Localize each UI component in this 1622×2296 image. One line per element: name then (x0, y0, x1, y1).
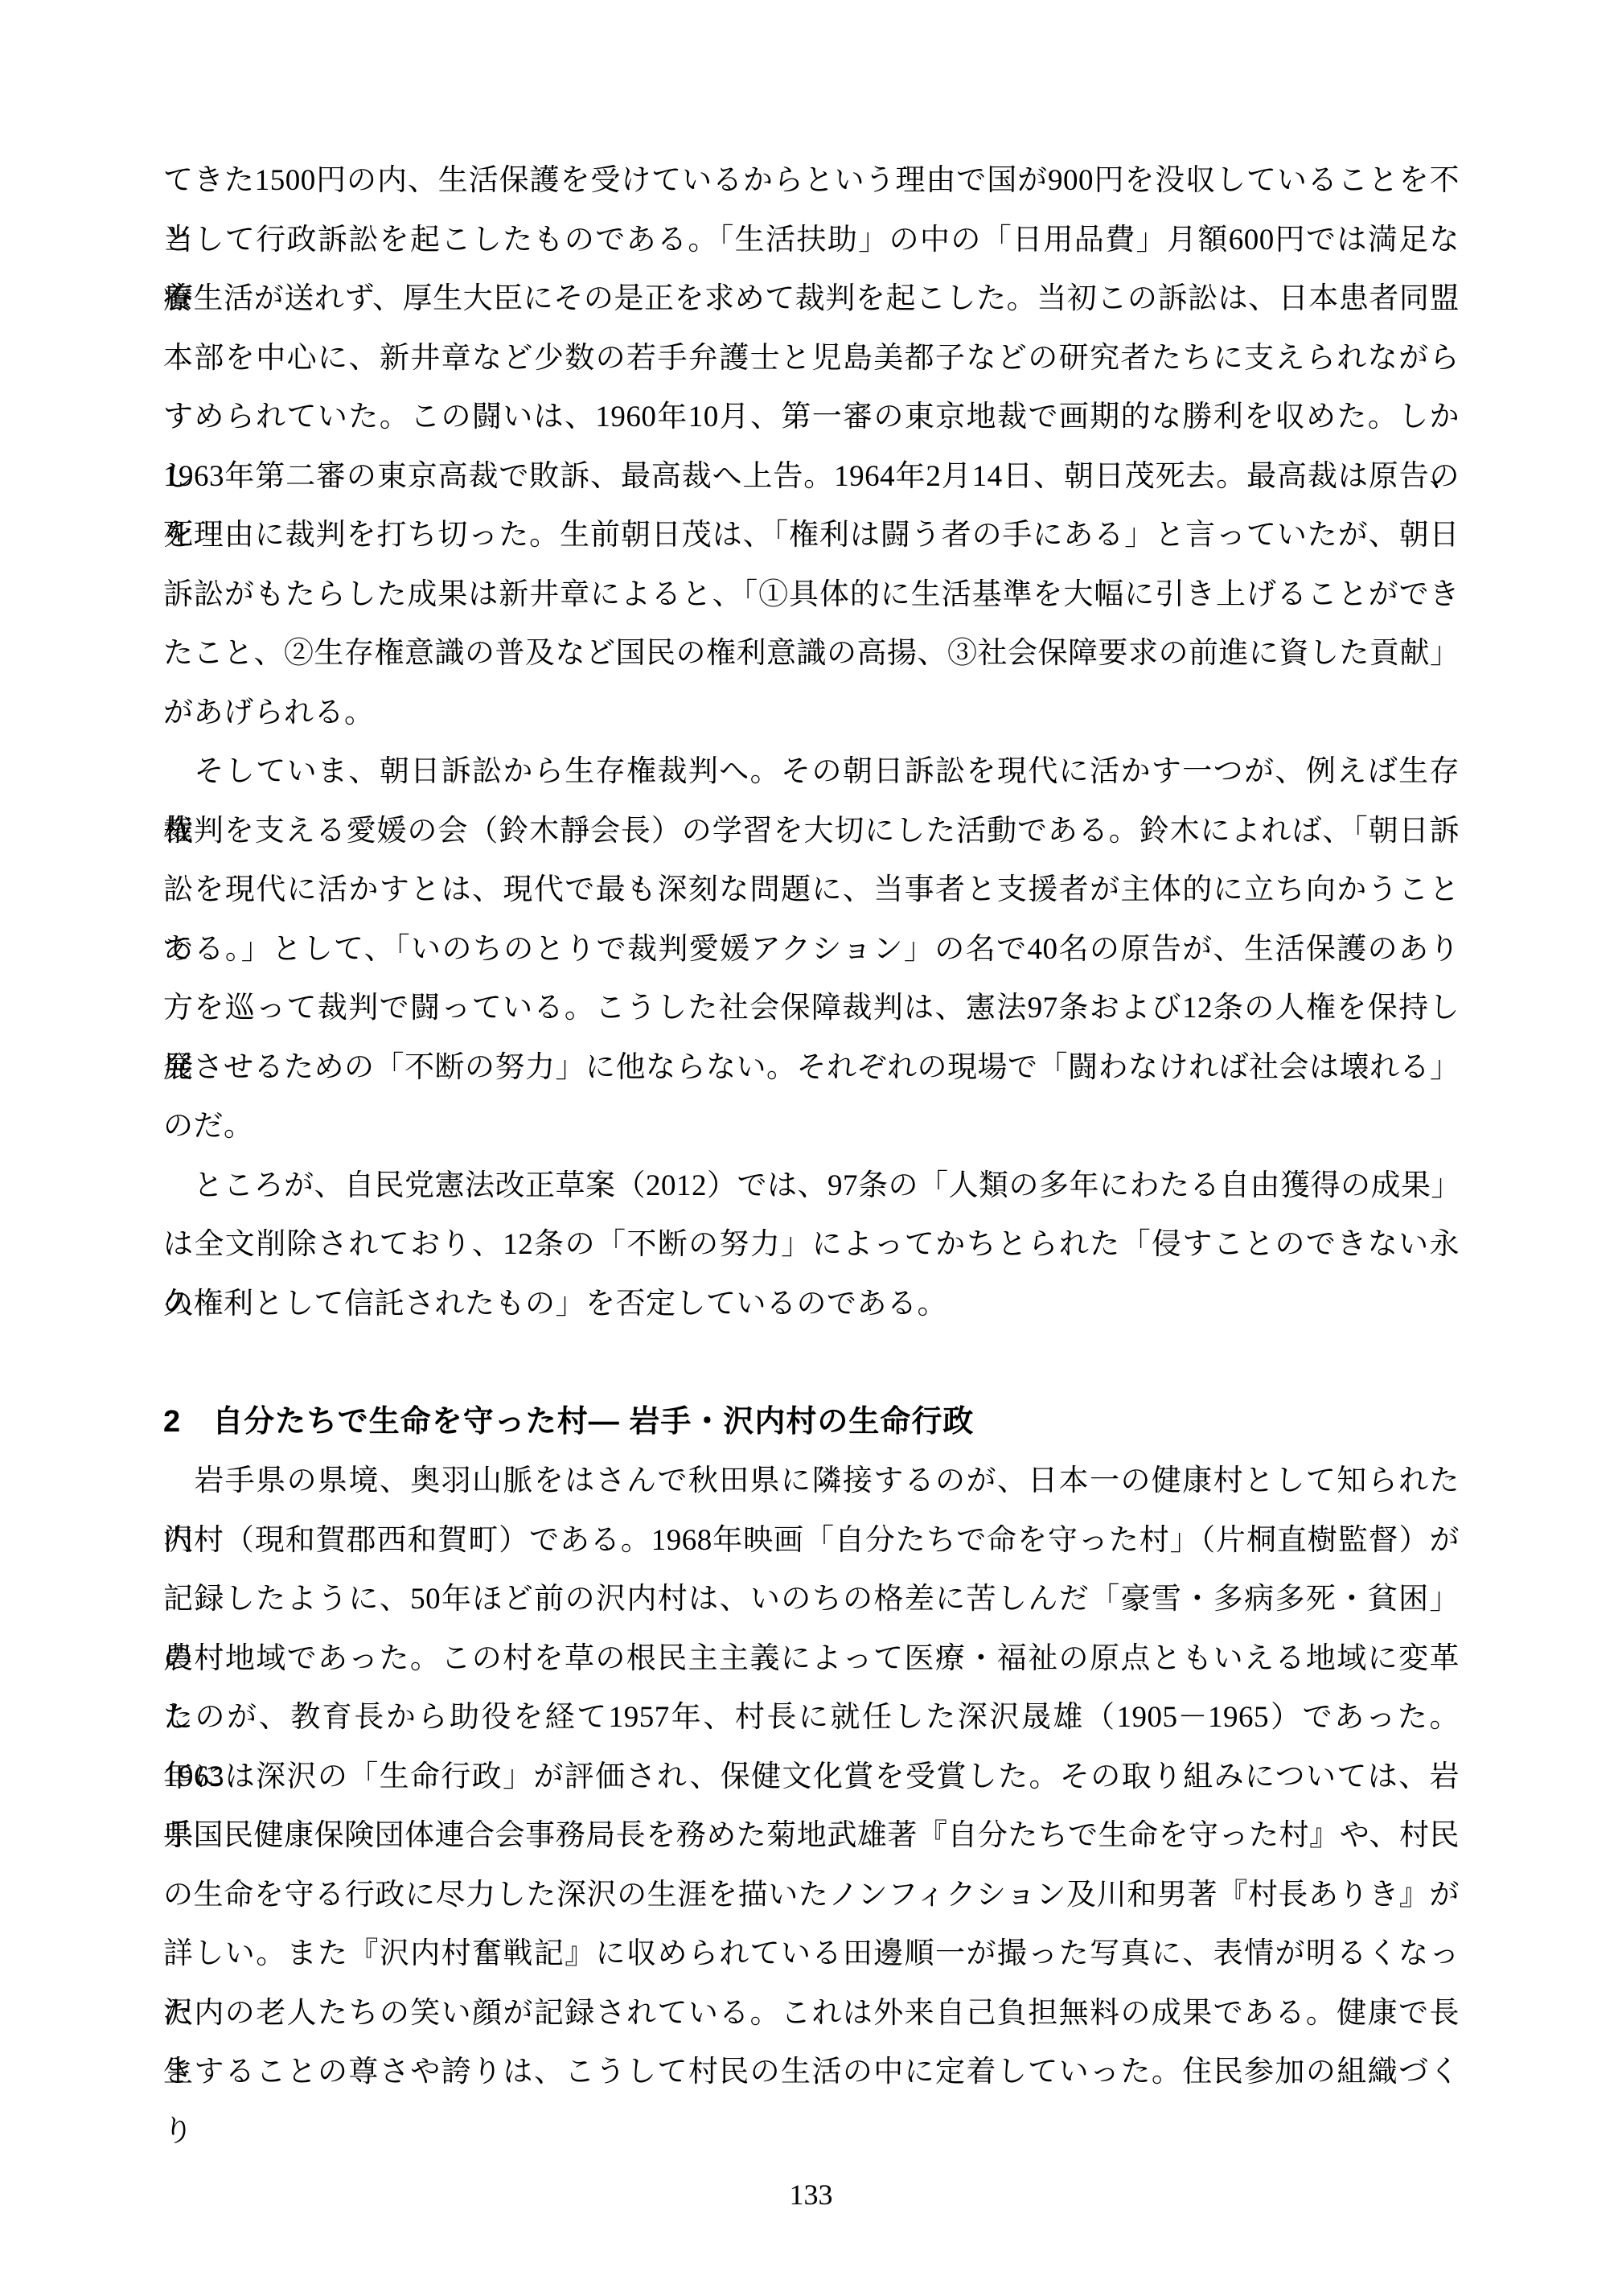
section-heading: 2 自分たちで生命を守った村― 岩手・沢内村の生命行政 (163, 1393, 1460, 1452)
text-line: の生命を守る行政に尽力した深沢の生涯を描いたノンフィクション及川和男著『村長あり… (163, 1866, 1460, 1925)
page-number: 133 (0, 2178, 1622, 2212)
text-line: 養生活が送れず、厚生大臣にその是正を求めて裁判を起こした。当初この訴訟は、日本患… (163, 269, 1460, 329)
paragraph: てきた1500円の内、生活保護を受けているからという理由で国が900円を没収して… (163, 151, 1460, 742)
text-line: そしていま、朝日訴訟から生存権裁判へ。その朝日訴訟を現代に活かす一つが、例えば生… (163, 742, 1460, 802)
heading-line: 2 自分たちで生命を守った村― 岩手・沢内村の生命行政 (163, 1393, 1460, 1452)
text-line: の権利として信託されたもの」を否定しているのである。 (163, 1275, 1460, 1334)
text-line: 本部を中心に、新井章など少数の若手弁護士と児島美都子などの研究者たちに支えられな… (163, 329, 1460, 388)
text-line: 農村地域であった。この村を草の根民主主義によって医療・福祉の原点ともいえる地域に… (163, 1629, 1460, 1689)
text-line: きすることの尊さや誇りは、こうして村民の生活の中に定着していった。住民参加の組織… (163, 2043, 1460, 2102)
text-line: 詳しい。また『沢内村奮戦記』に収められている田邊順一が撮った写真に、表情が明るく… (163, 1924, 1460, 1984)
text-line: を理由に裁判を打ち切った。生前朝日茂は、「権利は闘う者の手にある」と言っていたが… (163, 506, 1460, 565)
text-line: ところが、自民党憲法改正草案（2012）では、97条の「人類の多年にわたる自由獲… (163, 1156, 1460, 1216)
text-line: 岩手県の県境、奥羽山脈をはさんで秋田県に隣接するのが、日本一の健康村として知られ… (163, 1452, 1460, 1511)
text-line: 展させるための「不断の努力」に他ならない。それぞれの現場で「闘わなければ社会は壊… (163, 1038, 1460, 1098)
text-line: 方を巡って裁判で闘っている。こうした社会保障裁判は、憲法97条および12条の人権… (163, 979, 1460, 1038)
text-line: があげられる。 (163, 684, 1460, 743)
text-line: 1963年第二審の東京高裁で敗訴、最高裁へ上告。1964年2月14日、朝日茂死去… (163, 447, 1460, 507)
paragraph: ところが、自民党憲法改正草案（2012）では、97条の「人類の多年にわたる自由獲… (163, 1156, 1460, 1334)
text-line: てきた1500円の内、生活保護を受けているからという理由で国が900円を没収して… (163, 151, 1460, 211)
text-line: 訟を現代に活かすとは、現代で最も深刻な問題に、当事者と支援者が主体的に立ち向かう… (163, 860, 1460, 920)
text-line: 年には深沢の「生命行政」が評価され、保健文化賞を受賞した。その取り組みについては… (163, 1748, 1460, 1807)
text-line: 沢内の老人たちの笑い顔が記録されている。これは外来自己負担無料の成果である。健康… (163, 1984, 1460, 2043)
text-line: 内村（現和賀郡西和賀町）である。1968年映画「自分たちで命を守った村」（片桐直… (163, 1511, 1460, 1571)
text-line: として行政訴訟を起こしたものである。「生活扶助」の中の「日用品費」月額600円で… (163, 211, 1460, 270)
text-line: のだ。 (163, 1097, 1460, 1156)
text-line: 県国民健康保険団体連合会事務局長を務めた菊地武雄著『自分たちで生命を守った村』や… (163, 1806, 1460, 1866)
text-line: たこと、②生存権意識の普及など国民の権利意識の高揚、③社会保障要求の前進に資した… (163, 624, 1460, 684)
text-line: 訴訟がもたらした成果は新井章によると、「①具体的に生活基準を大幅に引き上げること… (163, 565, 1460, 625)
document-body: てきた1500円の内、生活保護を受けているからという理由で国が900円を没収して… (163, 151, 1460, 2102)
text-line: すめられていた。この闘いは、1960年10月、第一審の東京地裁で画期的な勝利を収… (163, 388, 1460, 447)
paragraph: 岩手県の県境、奥羽山脈をはさんで秋田県に隣接するのが、日本一の健康村として知られ… (163, 1452, 1460, 2102)
document-page: てきた1500円の内、生活保護を受けているからという理由で国が900円を没収して… (0, 0, 1622, 2296)
text-line: たのが、教育長から助役を経て1957年、村長に就任した深沢晟雄（1905－196… (163, 1688, 1460, 1748)
text-line: ある。」として、「いのちのとりで裁判愛媛アクション」の名で40名の原告が、生活保… (163, 920, 1460, 980)
text-line: 記録したように、50年ほど前の沢内村は、いのちの格差に苦しんだ「豪雪・多病多死・… (163, 1570, 1460, 1629)
text-line: 裁判を支える愛媛の会（鈴木靜会長）の学習を大切にした活動である。鈴木によれば、「… (163, 802, 1460, 861)
text-line: は全文削除されており、12条の「不断の努力」によってかちとられた「侵すことのでき… (163, 1215, 1460, 1275)
paragraph: そしていま、朝日訴訟から生存権裁判へ。その朝日訴訟を現代に活かす一つが、例えば生… (163, 742, 1460, 1156)
